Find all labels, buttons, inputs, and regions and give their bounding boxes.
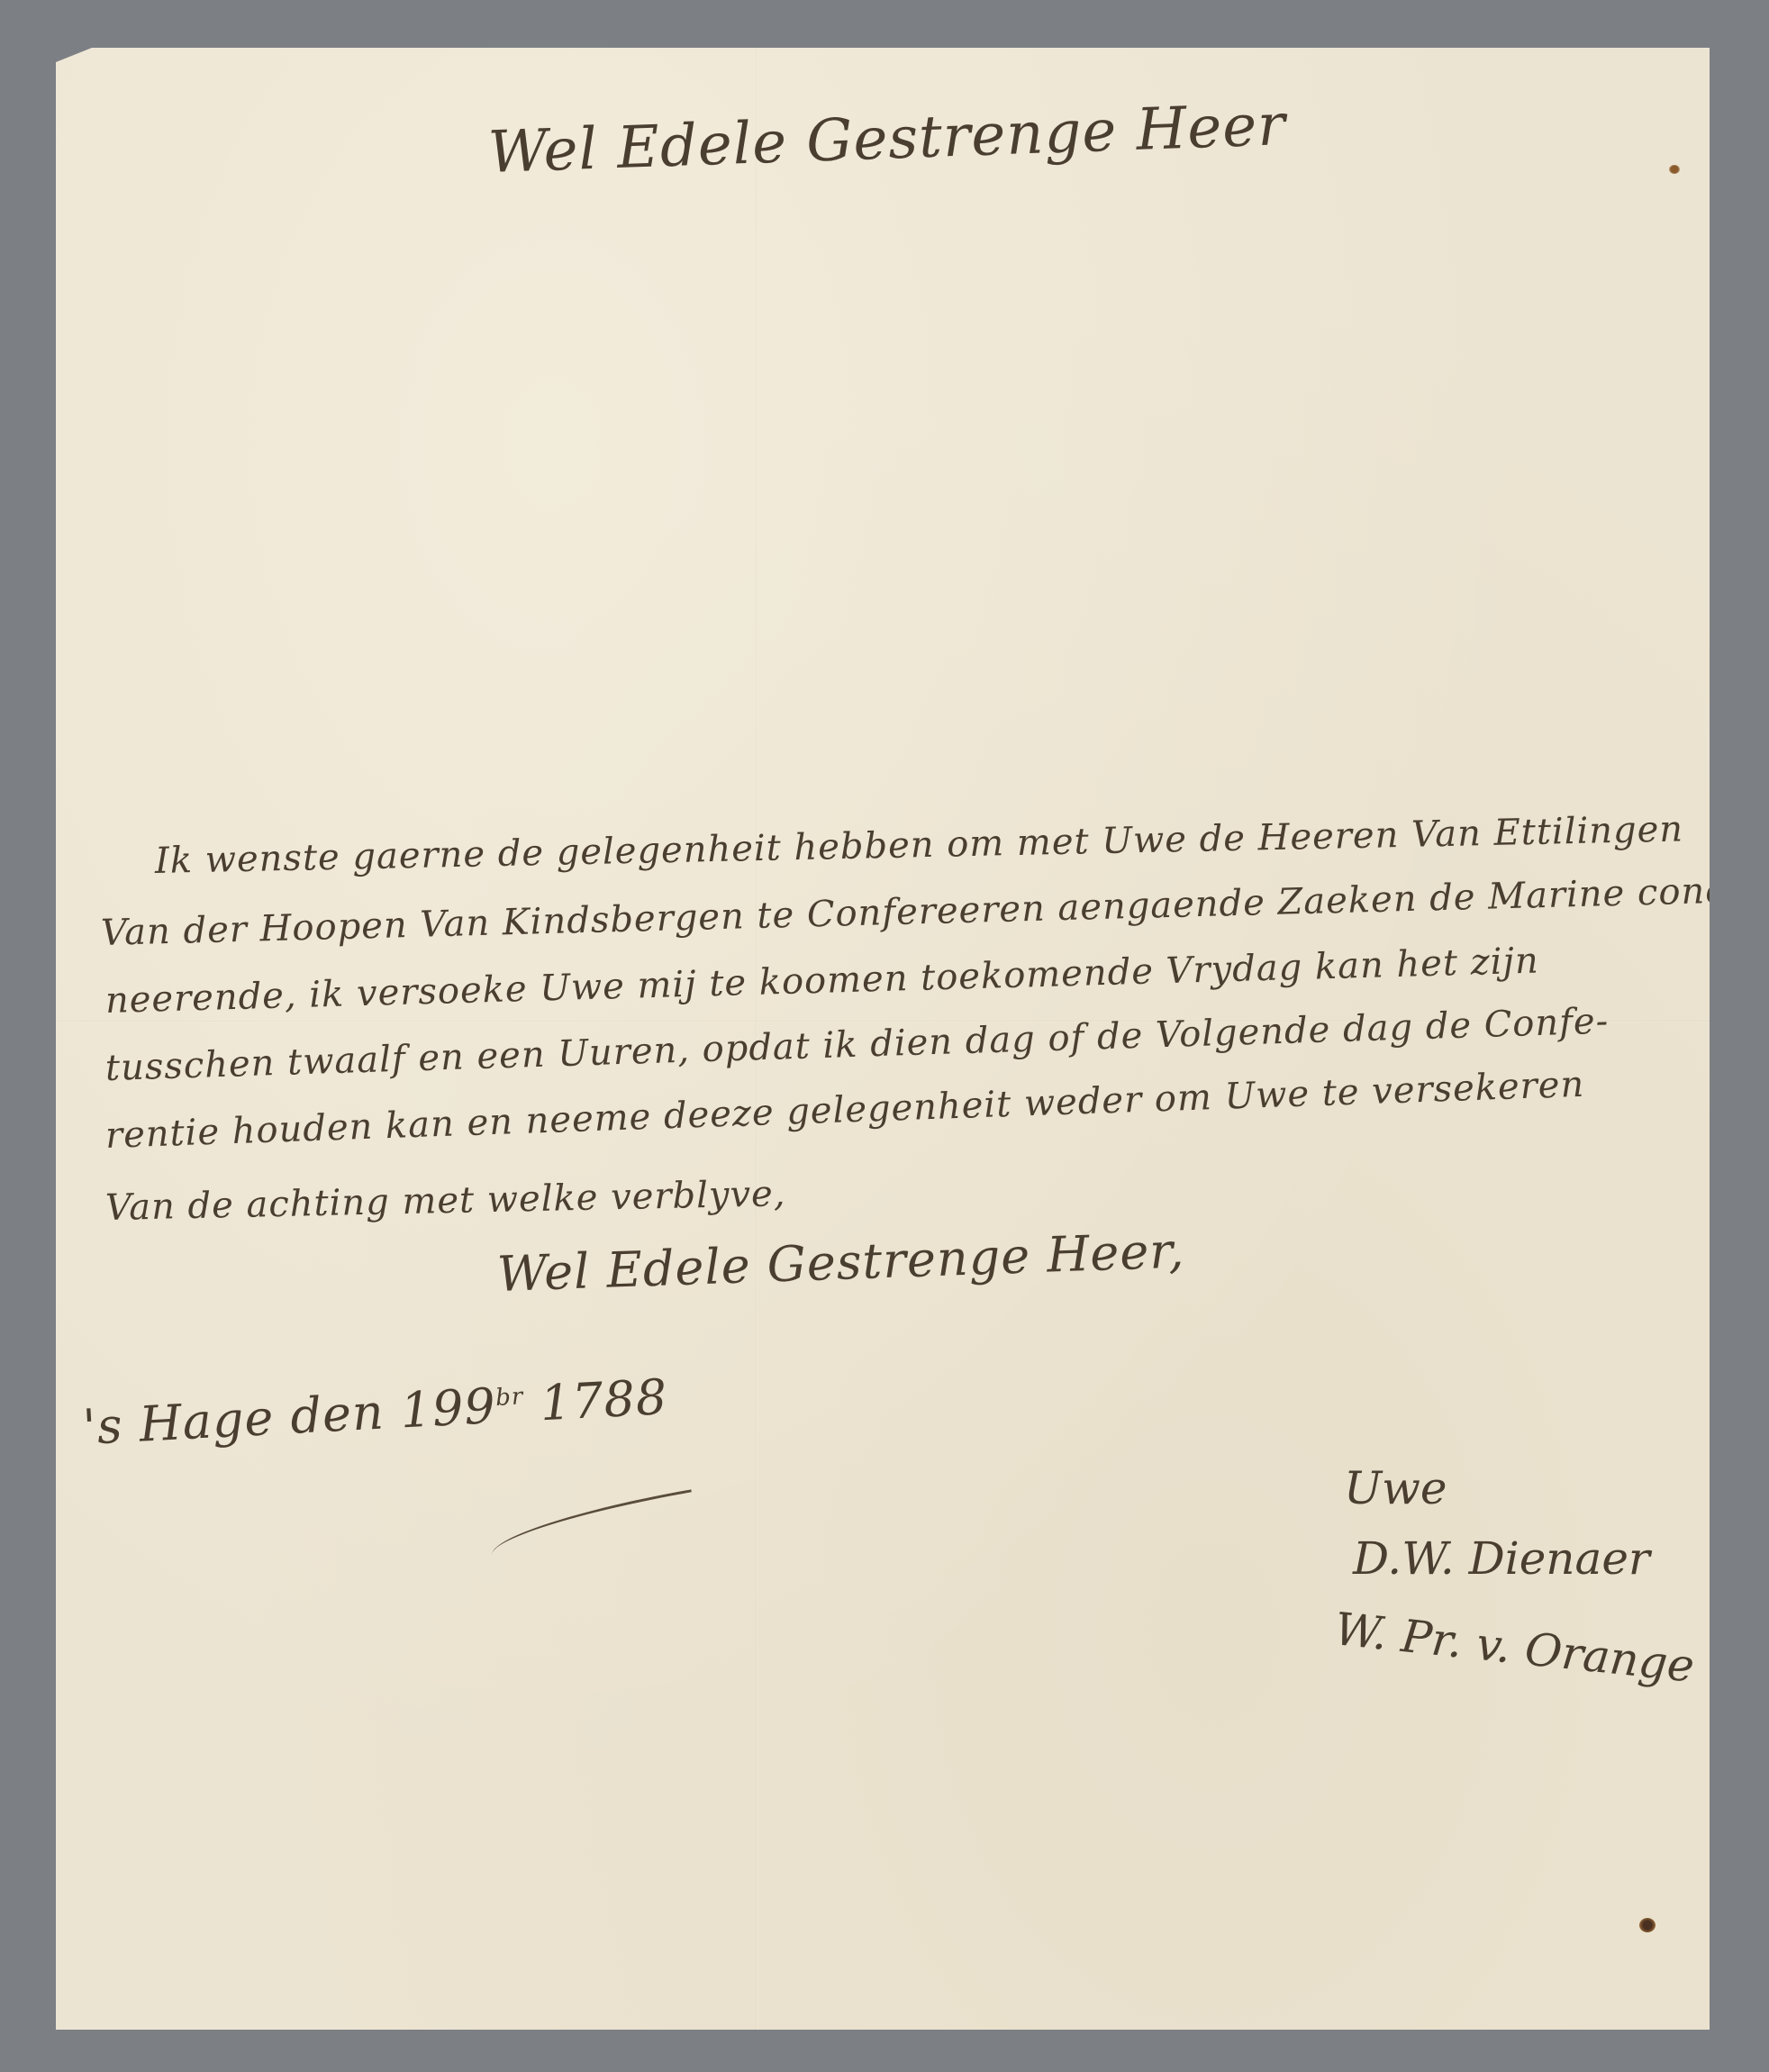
closing: Wel Edele Gestrenge Heer, — [496, 1222, 1185, 1303]
signature-block: Uwe D.W. Dienaer W. Pr. v. Orange — [1335, 1453, 1713, 1664]
date-prefix: den — [289, 1384, 386, 1445]
body-line-6: Van de achting met welke verblyve, — [105, 1173, 786, 1229]
salutation: Wel Edele Gestrenge Heer — [487, 92, 1287, 186]
body-line-1: Ik wenste gaerne de gelegenheit hebben o… — [155, 808, 1684, 882]
foxing-stain-small — [1669, 165, 1680, 174]
date-day: 19 — [399, 1379, 466, 1440]
date-year: 1788 — [539, 1368, 669, 1431]
date-underline-flourish — [487, 1489, 696, 1554]
date-place: 's Hage — [81, 1389, 276, 1456]
date-line: 's Hage den 199br 1788 — [81, 1368, 668, 1456]
letter-paper: Wel Edele Gestrenge Heer Ik wenste gaern… — [56, 48, 1710, 2030]
signature-line-3: W. Pr. v. Orange — [1331, 1594, 1715, 1703]
signature-line-2: D.W. Dienaer — [1353, 1523, 1731, 1594]
date-month: 9 — [463, 1377, 498, 1436]
date-month-superscript: br — [494, 1383, 524, 1412]
foxing-stain — [1639, 1918, 1656, 1932]
signature-line-1: Uwe — [1344, 1453, 1722, 1523]
